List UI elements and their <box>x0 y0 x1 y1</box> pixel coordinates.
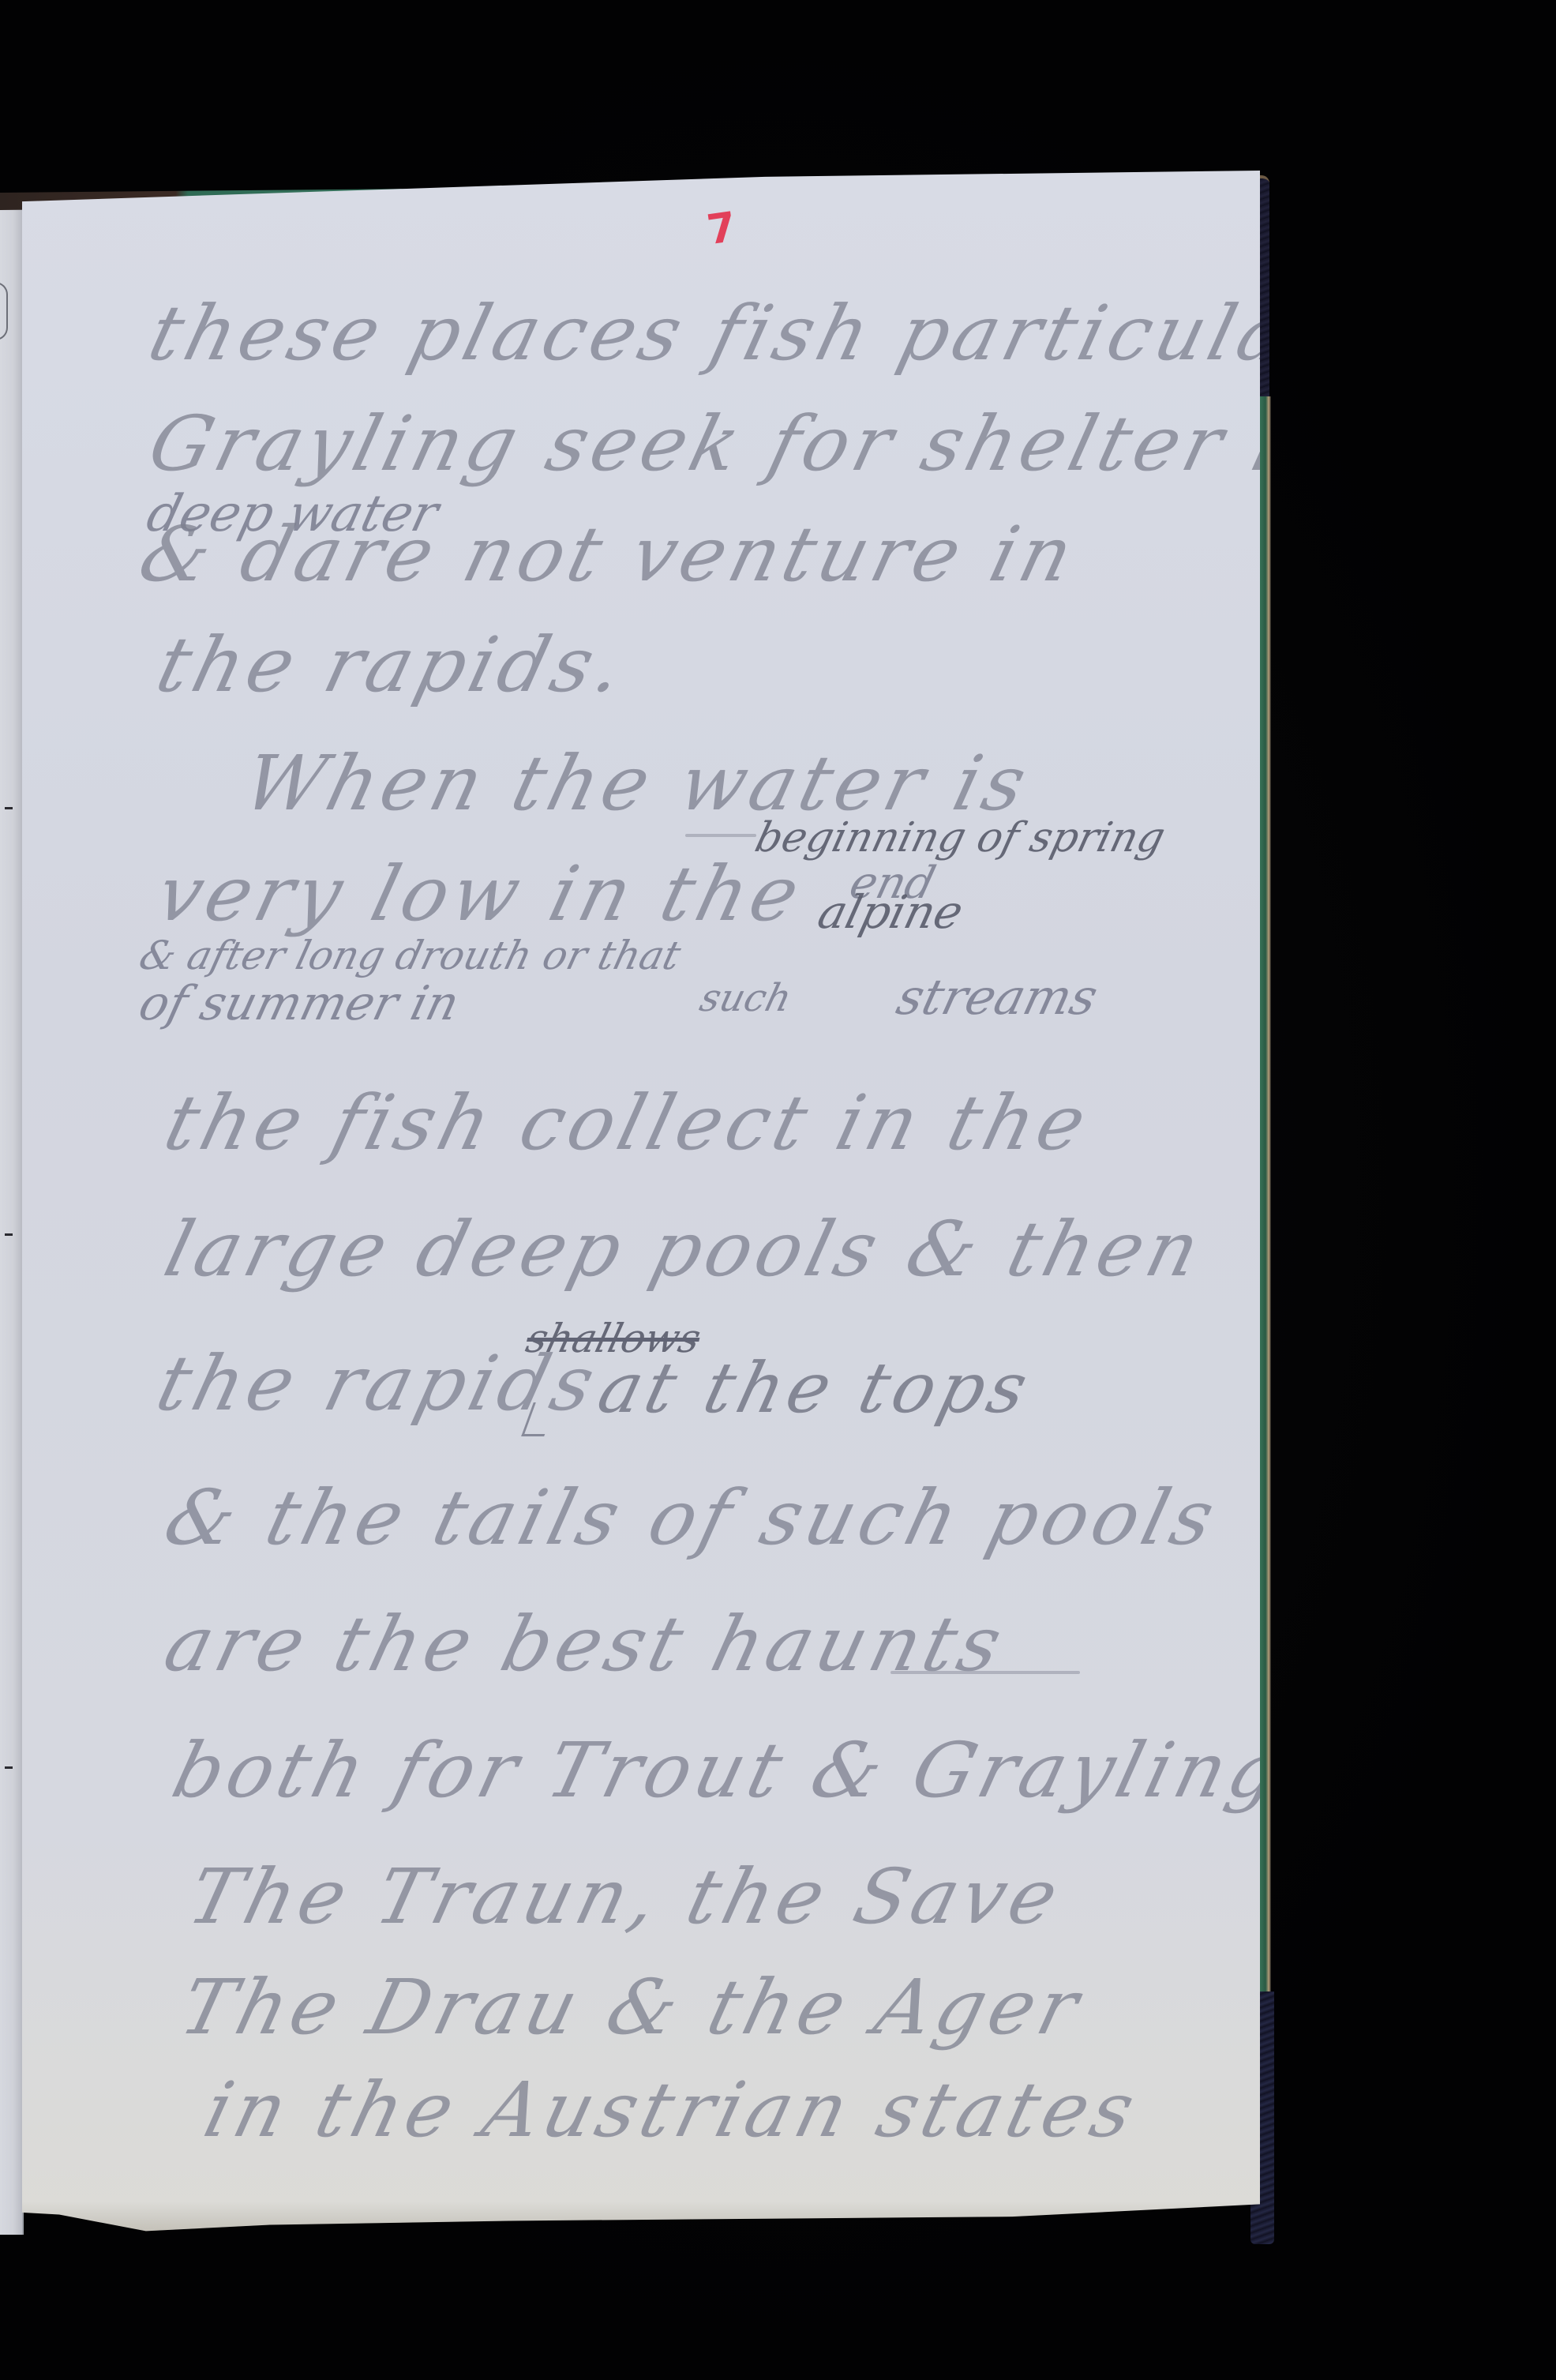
text-line-12: large deep pools & then <box>156 1205 1213 1293</box>
text-line-5: the rapids. <box>148 621 636 709</box>
facing-page-pencil-mark <box>0 282 8 340</box>
text-line-20: in the Austrian states <box>196 2066 1148 2154</box>
text-line-7: very low in the <box>148 850 812 938</box>
text-line-8: & after long drouth or that <box>135 933 685 978</box>
text-line-11: the fish collect in the <box>156 1079 1099 1167</box>
insertion-alpine: alpine <box>813 885 969 939</box>
insertion-such: such <box>696 976 796 1020</box>
text-line-14: at the tops <box>591 1347 1040 1428</box>
text-line-10: streams <box>891 968 1104 1026</box>
page-number: 7 <box>704 204 739 254</box>
text-line-2: Grayling seek for shelter in <box>141 400 1348 488</box>
text-line-4: & dare not venture in <box>131 510 1086 599</box>
text-line-18: The Traun, the Save <box>180 1853 1071 1941</box>
notebook-page: 7 these places fish particularly Graylin… <box>22 171 1260 2233</box>
text-line-19: The Drau & the Ager <box>172 1963 1092 2052</box>
text-line-1: these places fish particularly <box>141 289 1418 377</box>
facing-page-edge <box>0 207 24 2235</box>
facing-page-tick <box>5 1766 13 1769</box>
text-line-15: & the tails of such pools <box>156 1473 1228 1562</box>
insertion-mark <box>685 834 756 837</box>
facing-page-tick <box>5 807 13 809</box>
insertion-beginning-of-spring: beginning of spring <box>751 814 1170 862</box>
text-line-16: are the best haunts <box>156 1600 1014 1688</box>
line-end-flourish <box>890 1671 1080 1674</box>
text-line-9: of summer in <box>133 976 464 1031</box>
text-line-17: both for Trout & Grayling. <box>164 1726 1323 1815</box>
facing-page-tick <box>5 1233 13 1236</box>
